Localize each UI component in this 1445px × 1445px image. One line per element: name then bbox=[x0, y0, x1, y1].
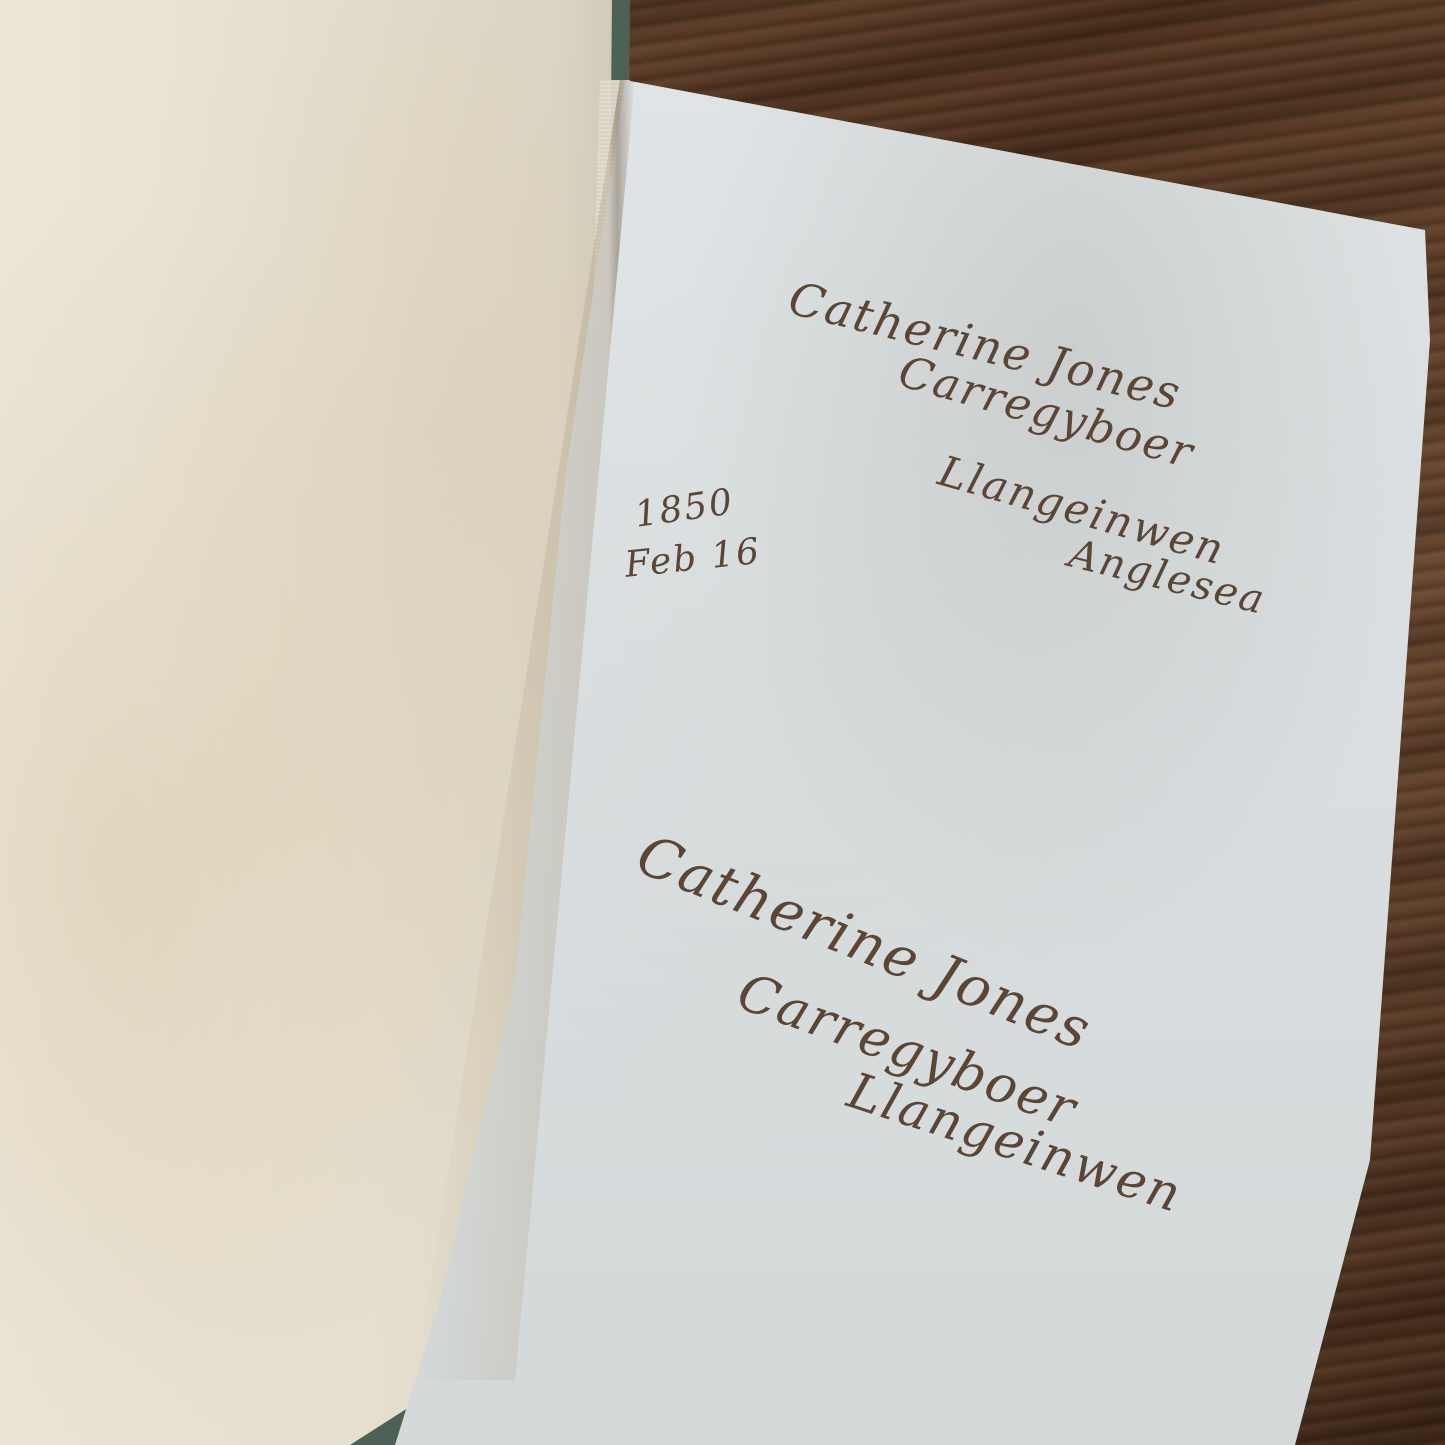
photo-scene: Catherine Jones Carregyboer Llangeinwen … bbox=[0, 0, 1445, 1445]
